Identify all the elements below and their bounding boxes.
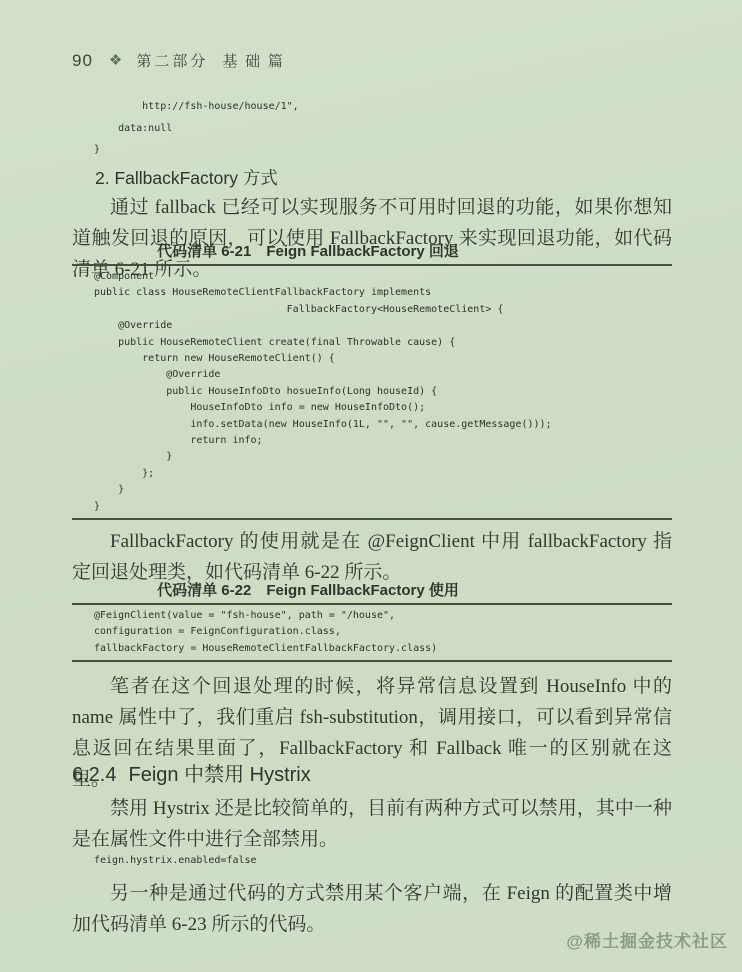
diamond-ornament-icon: ❖ [109, 51, 122, 70]
listing-6-21-title: 代码清单 6-21 Feign FallbackFactory 回退 [72, 242, 672, 262]
paragraph-disable-hystrix: 禁用 Hystrix 还是比较简单的，目前有两种方式可以禁用，其中一种是在属性文… [72, 793, 672, 855]
paragraph-fallbackfactory-usage: FallbackFactory 的使用就是在 @FeignClient 中用 f… [72, 526, 672, 588]
listing-6-22-title: 代码清单 6-22 Feign FallbackFactory 使用 [72, 581, 672, 601]
book-page-scan: 90 ❖ 第二部分 基 础 篇 http://fsh-house/house/1… [0, 0, 742, 972]
part-title: 基 础 篇 [222, 50, 285, 71]
code-listing-6-22: 代码清单 6-22 Feign FallbackFactory 使用 @Feig… [72, 581, 672, 662]
watermark-juejin-community: @稀土掘金技术社区 [566, 927, 728, 952]
section-number: 6.2.4 [72, 764, 116, 787]
page-number: 90 [72, 51, 93, 71]
section-title: Feign 中禁用 Hystrix [128, 758, 310, 787]
listing-6-22-code: @FeignClient(value = "fsh-house", path =… [72, 603, 672, 662]
code-continuation-block: http://fsh-house/house/1", data:null } [94, 96, 299, 161]
code-listing-6-21: 代码清单 6-21 Feign FallbackFactory 回退 @Comp… [72, 242, 672, 520]
running-head: 90 ❖ 第二部分 基 础 篇 [72, 50, 672, 71]
config-property-code: feign.hystrix.enabled=false [94, 853, 257, 868]
part-label: 第二部分 [136, 50, 208, 71]
subheading-fallbackfactory-method: 2. FallbackFactory 方式 [95, 165, 278, 190]
section-heading-6-2-4: 6.2.4 Feign 中禁用 Hystrix [72, 758, 311, 787]
listing-6-21-code: @Component public class HouseRemoteClien… [72, 264, 672, 520]
